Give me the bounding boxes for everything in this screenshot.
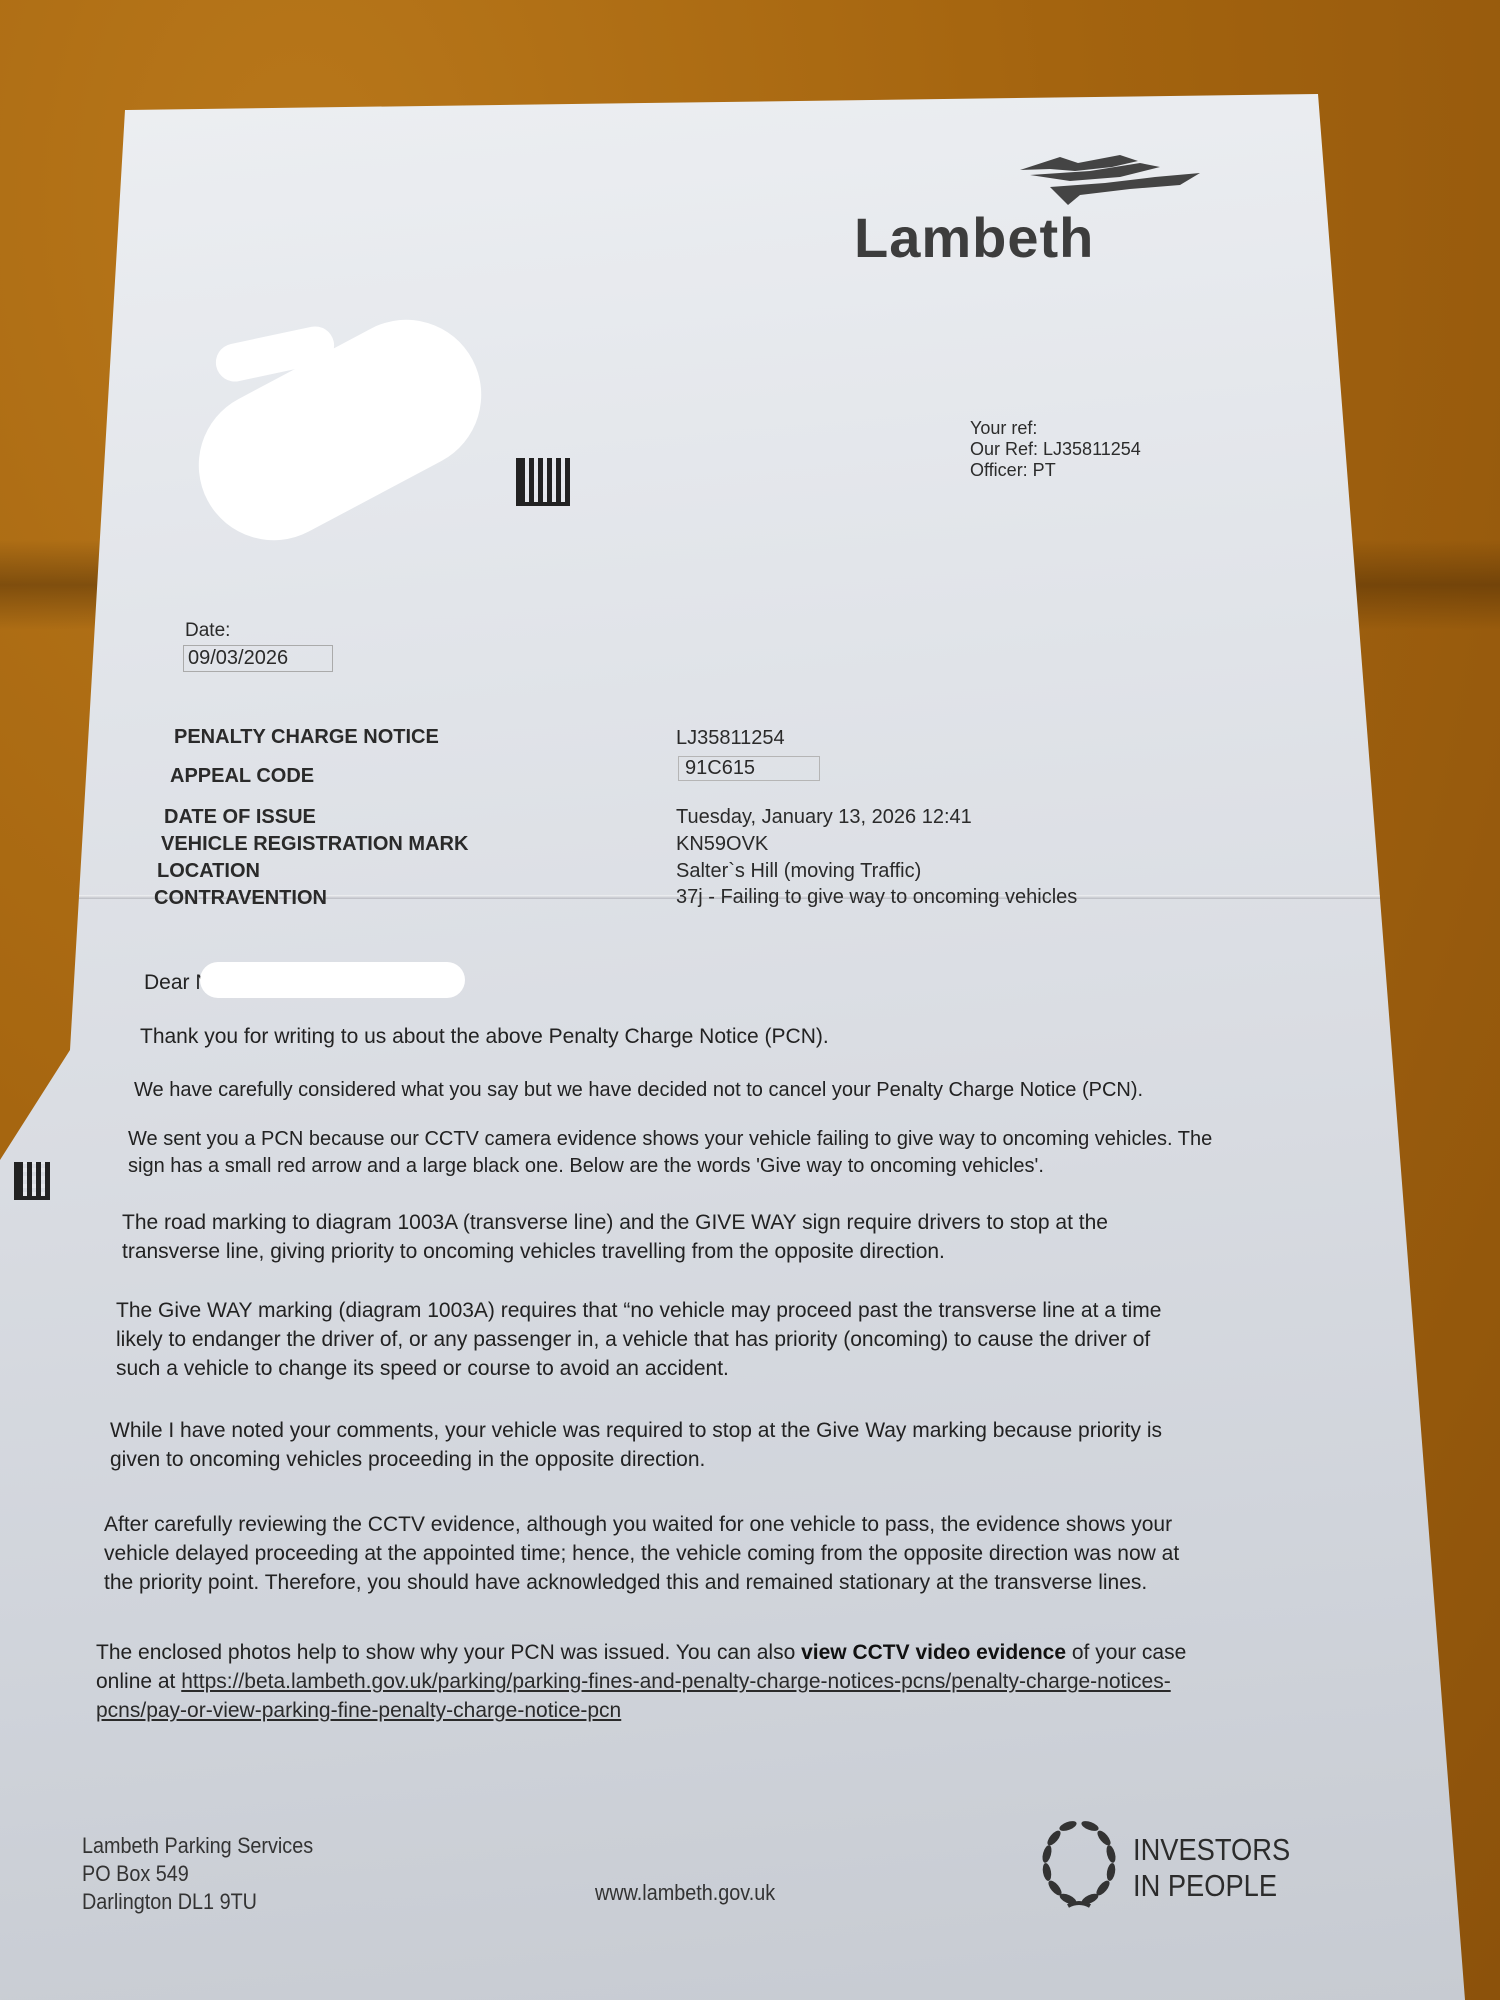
redacted-name (200, 962, 465, 998)
location-label: LOCATION (157, 860, 260, 883)
appeal-code-label: APPEAL CODE (170, 765, 314, 788)
paragraph-cctv: The enclosed photos help to show why you… (96, 1638, 1186, 1725)
reference-block: Your ref: Our Ref: LJ35811254 Officer: P… (970, 418, 1141, 481)
date-value: 09/03/2026 (183, 645, 333, 672)
paragraph-1: Thank you for writing to us about the ab… (140, 1022, 829, 1051)
contravention-label: CONTRAVENTION (154, 887, 327, 910)
vrm-label: VEHICLE REGISTRATION MARK (161, 833, 468, 856)
datamatrix-code (516, 458, 570, 506)
contravention-value: 37j - Failing to give way to oncoming ve… (676, 886, 1077, 909)
redacted-address (172, 293, 507, 566)
paragraph-5: The Give WAY marking (diagram 1003A) req… (116, 1296, 1161, 1383)
letter-sheet: Lambeth 84691-001069/01/03-H0 Your ref: … (0, 0, 1500, 2000)
our-ref: Our Ref: LJ35811254 (970, 439, 1141, 460)
vrm-value: KN59OVK (676, 833, 768, 856)
document-code: 84691-001069/01/03-H0 (60, 311, 72, 430)
organisation-name: Lambeth (854, 205, 1094, 270)
date-label: Date: (185, 620, 230, 642)
your-ref: Your ref: (970, 418, 1141, 439)
paragraph-4: The road marking to diagram 1003A (trans… (122, 1208, 1108, 1266)
datamatrix-code-side (14, 1162, 50, 1200)
return-address: Lambeth Parking Services PO Box 549 Darl… (82, 1832, 313, 1916)
date-of-issue-label: DATE OF ISSUE (164, 806, 316, 829)
appeal-code-value: 91C615 (678, 756, 820, 781)
website: www.lambeth.gov.uk (595, 1880, 775, 1906)
location-value: Salter`s Hill (moving Traffic) (676, 860, 921, 883)
paragraph-7: After carefully reviewing the CCTV evide… (104, 1510, 1179, 1597)
investors-in-people-badge: INVESTORS IN PEOPLE (1133, 1832, 1290, 1904)
pcn-label: PENALTY CHARGE NOTICE (174, 726, 439, 749)
date-of-issue-value: Tuesday, January 13, 2026 12:41 (676, 806, 972, 829)
cctv-emphasis: view CCTV video evidence (801, 1641, 1066, 1664)
cctv-evidence-link[interactable]: https://beta.lambeth.gov.uk/parking/park… (181, 1670, 1170, 1693)
pcn-value: LJ35811254 (676, 727, 785, 750)
paragraph-3: We sent you a PCN because our CCTV camer… (128, 1126, 1212, 1180)
officer: Officer: PT (970, 460, 1141, 481)
paragraph-6: While I have noted your comments, your v… (110, 1416, 1162, 1474)
laurel-wreath-icon (1038, 1818, 1120, 1910)
lambeth-wave-logo-icon (1020, 155, 1200, 210)
cctv-evidence-link-continued[interactable]: pcns/pay-or-view-parking-fine-penalty-ch… (96, 1699, 621, 1722)
paragraph-2: We have carefully considered what you sa… (134, 1076, 1143, 1105)
